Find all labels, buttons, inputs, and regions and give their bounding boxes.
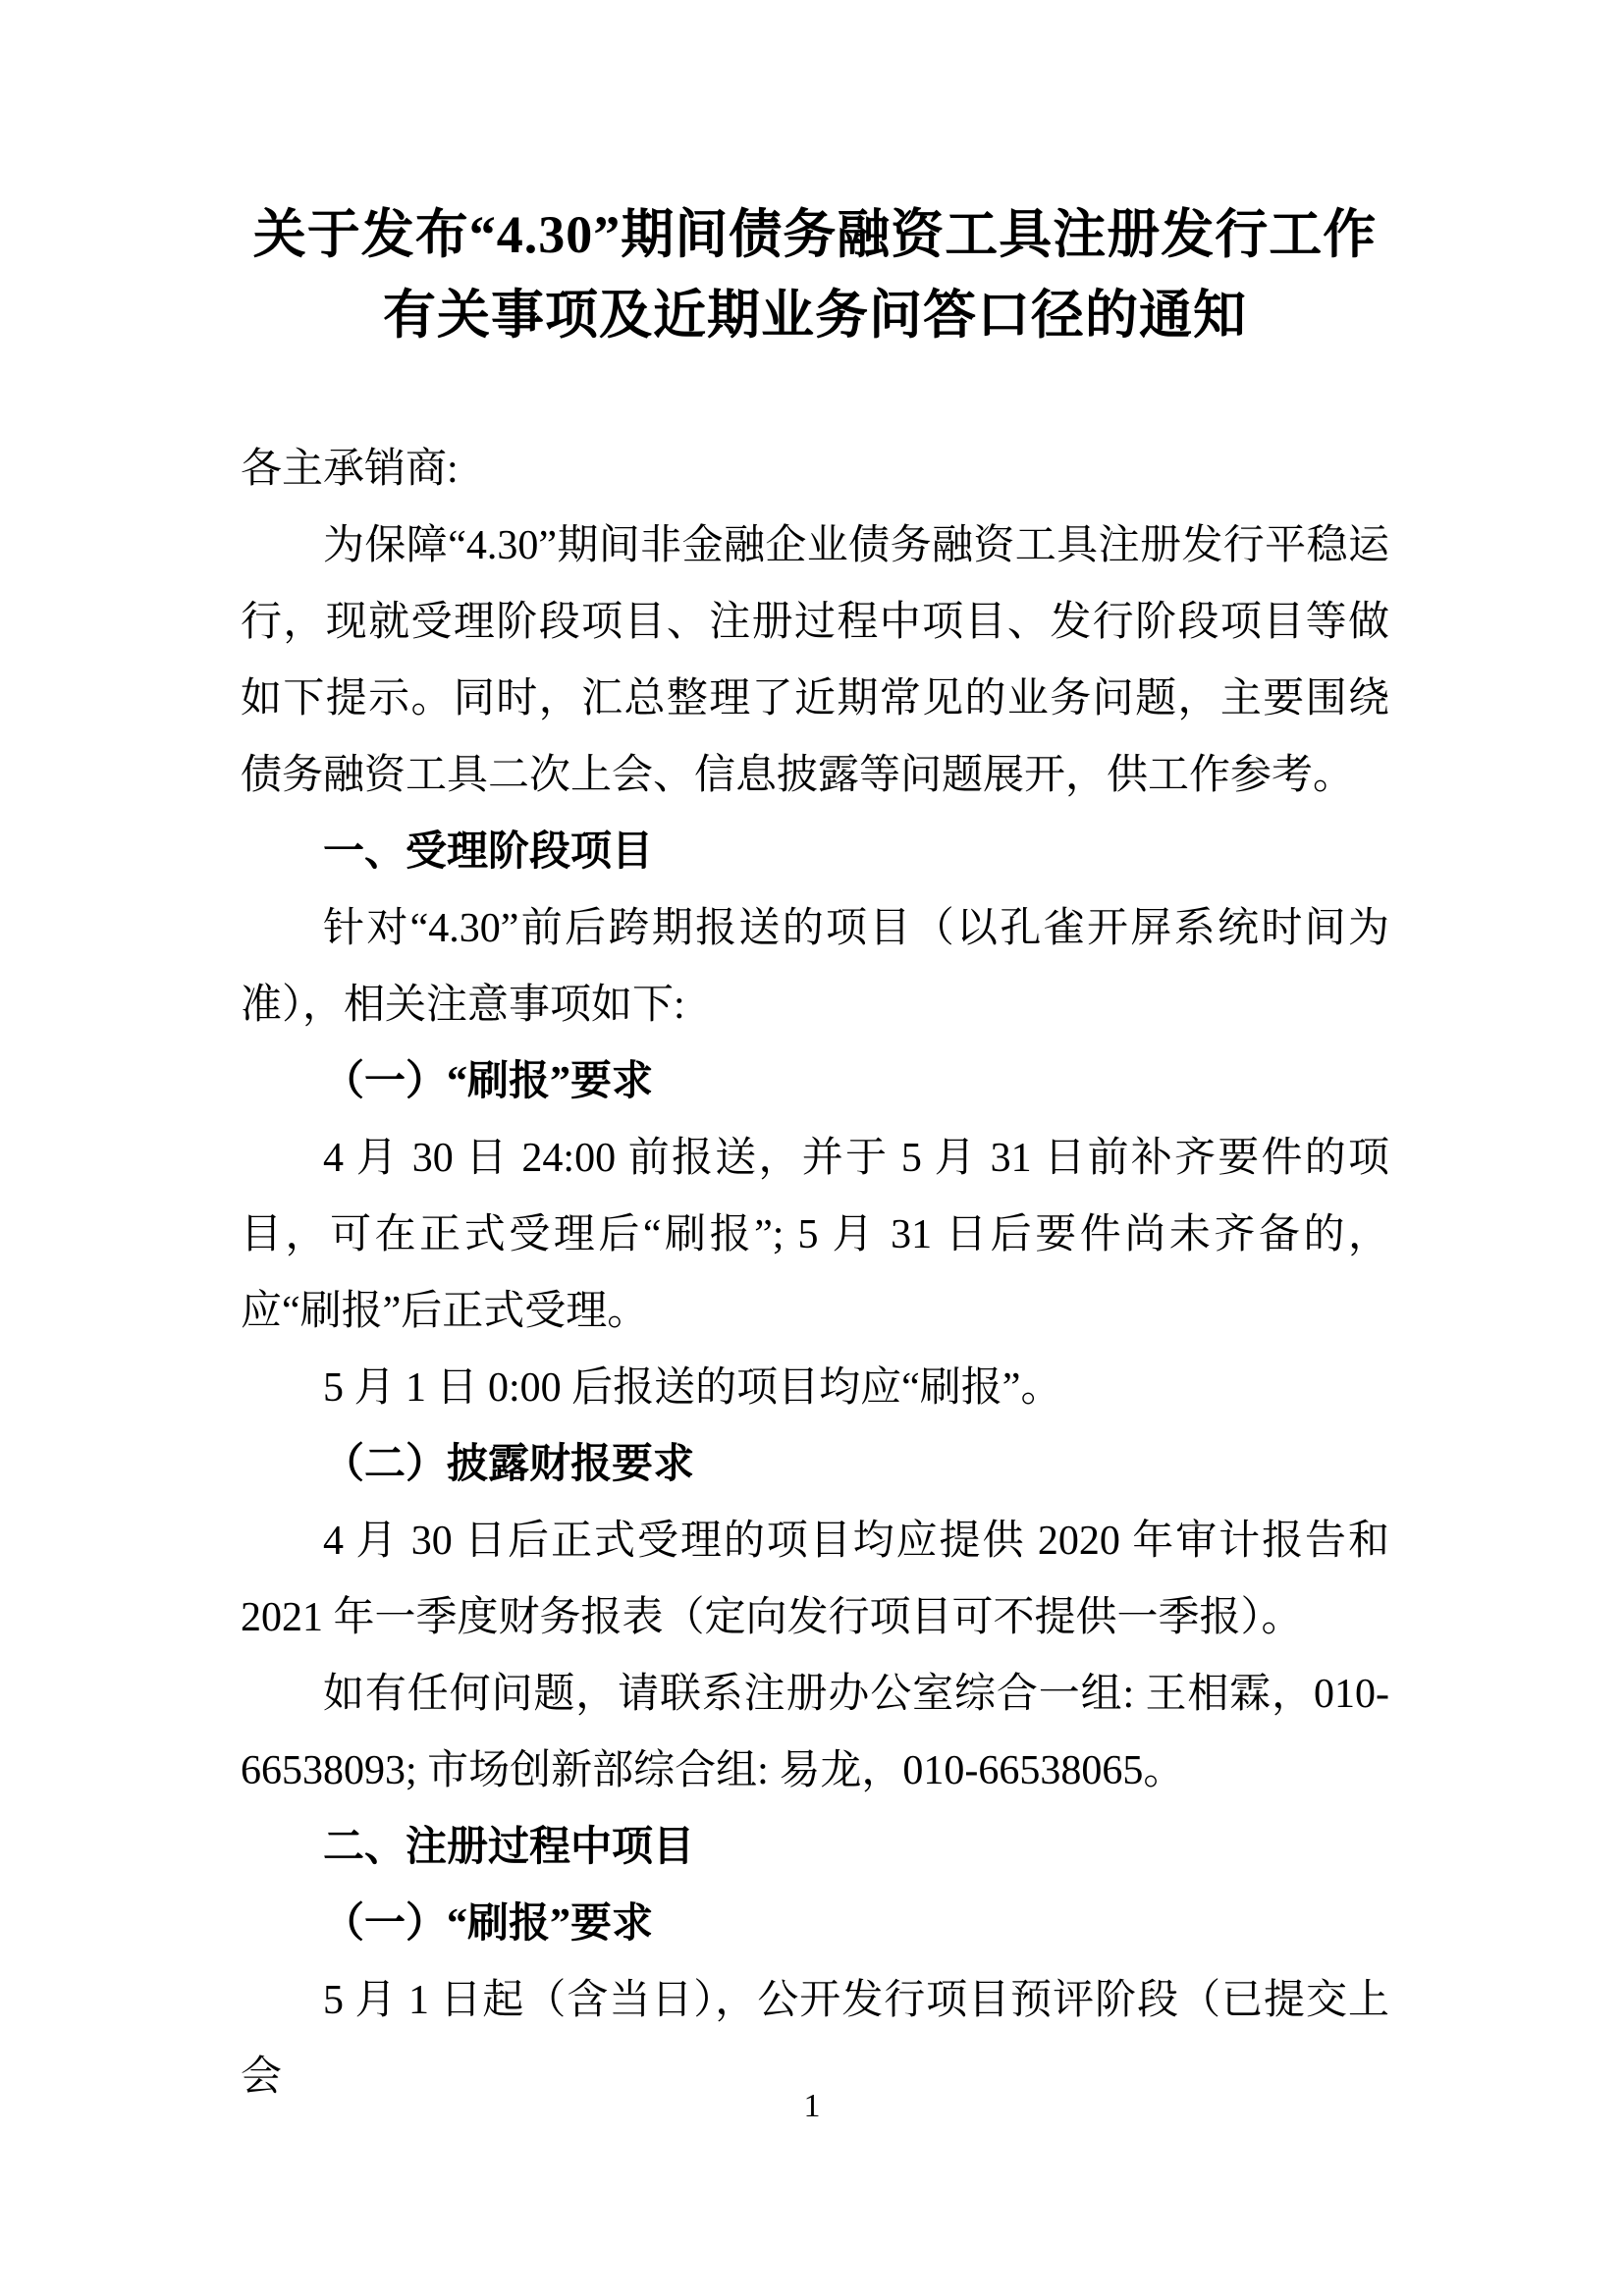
section-heading: 二、注册过程中项目 (241, 1809, 1389, 1886)
section-heading: （二）披露财报要求 (241, 1426, 1389, 1503)
paragraph: 4 月 30 日 24:00 前报送，并于 5 月 31 日前补齐要件的项目，可… (241, 1120, 1389, 1350)
paragraph: 为保障“4.30”期间非金融企业债务融资工具注册发行平稳运行，现就受理阶段项目、… (241, 507, 1389, 814)
paragraph: 5 月 1 日 0:00 后报送的项目均应“刷报”。 (241, 1350, 1389, 1426)
document-page: 关于发布“4.30”期间债务融资工具注册发行工作 有关事项及近期业务问答口径的通… (0, 0, 1624, 2296)
document-body: 各主承销商: 为保障“4.30”期间非金融企业债务融资工具注册发行平稳运行，现就… (241, 431, 1389, 2115)
document-content: 关于发布“4.30”期间债务融资工具注册发行工作 有关事项及近期业务问答口径的通… (241, 0, 1389, 2115)
document-title-line-2: 有关事项及近期业务问答口径的通知 (241, 275, 1389, 355)
document-title-line-1: 关于发布“4.30”期间债务融资工具注册发行工作 (241, 194, 1389, 275)
section-heading: （一）“刷报”要求 (241, 1043, 1389, 1120)
section-heading: 一、受理阶段项目 (241, 814, 1389, 890)
paragraph: 4 月 30 日后正式受理的项目均应提供 2020 年审计报告和 2021 年一… (241, 1503, 1389, 1656)
section-heading: （一）“刷报”要求 (241, 1886, 1389, 1962)
paragraph: 如有任何问题，请联系注册办公室综合一组: 王相霖，010-66538093; 市… (241, 1656, 1389, 1809)
salutation: 各主承销商: (241, 431, 1389, 507)
page-number: 1 (0, 2087, 1624, 2126)
paragraph: 针对“4.30”前后跨期报送的项目（以孔雀开屏系统时间为准），相关注意事项如下: (241, 890, 1389, 1043)
document-title: 关于发布“4.30”期间债务融资工具注册发行工作 有关事项及近期业务问答口径的通… (241, 194, 1389, 355)
